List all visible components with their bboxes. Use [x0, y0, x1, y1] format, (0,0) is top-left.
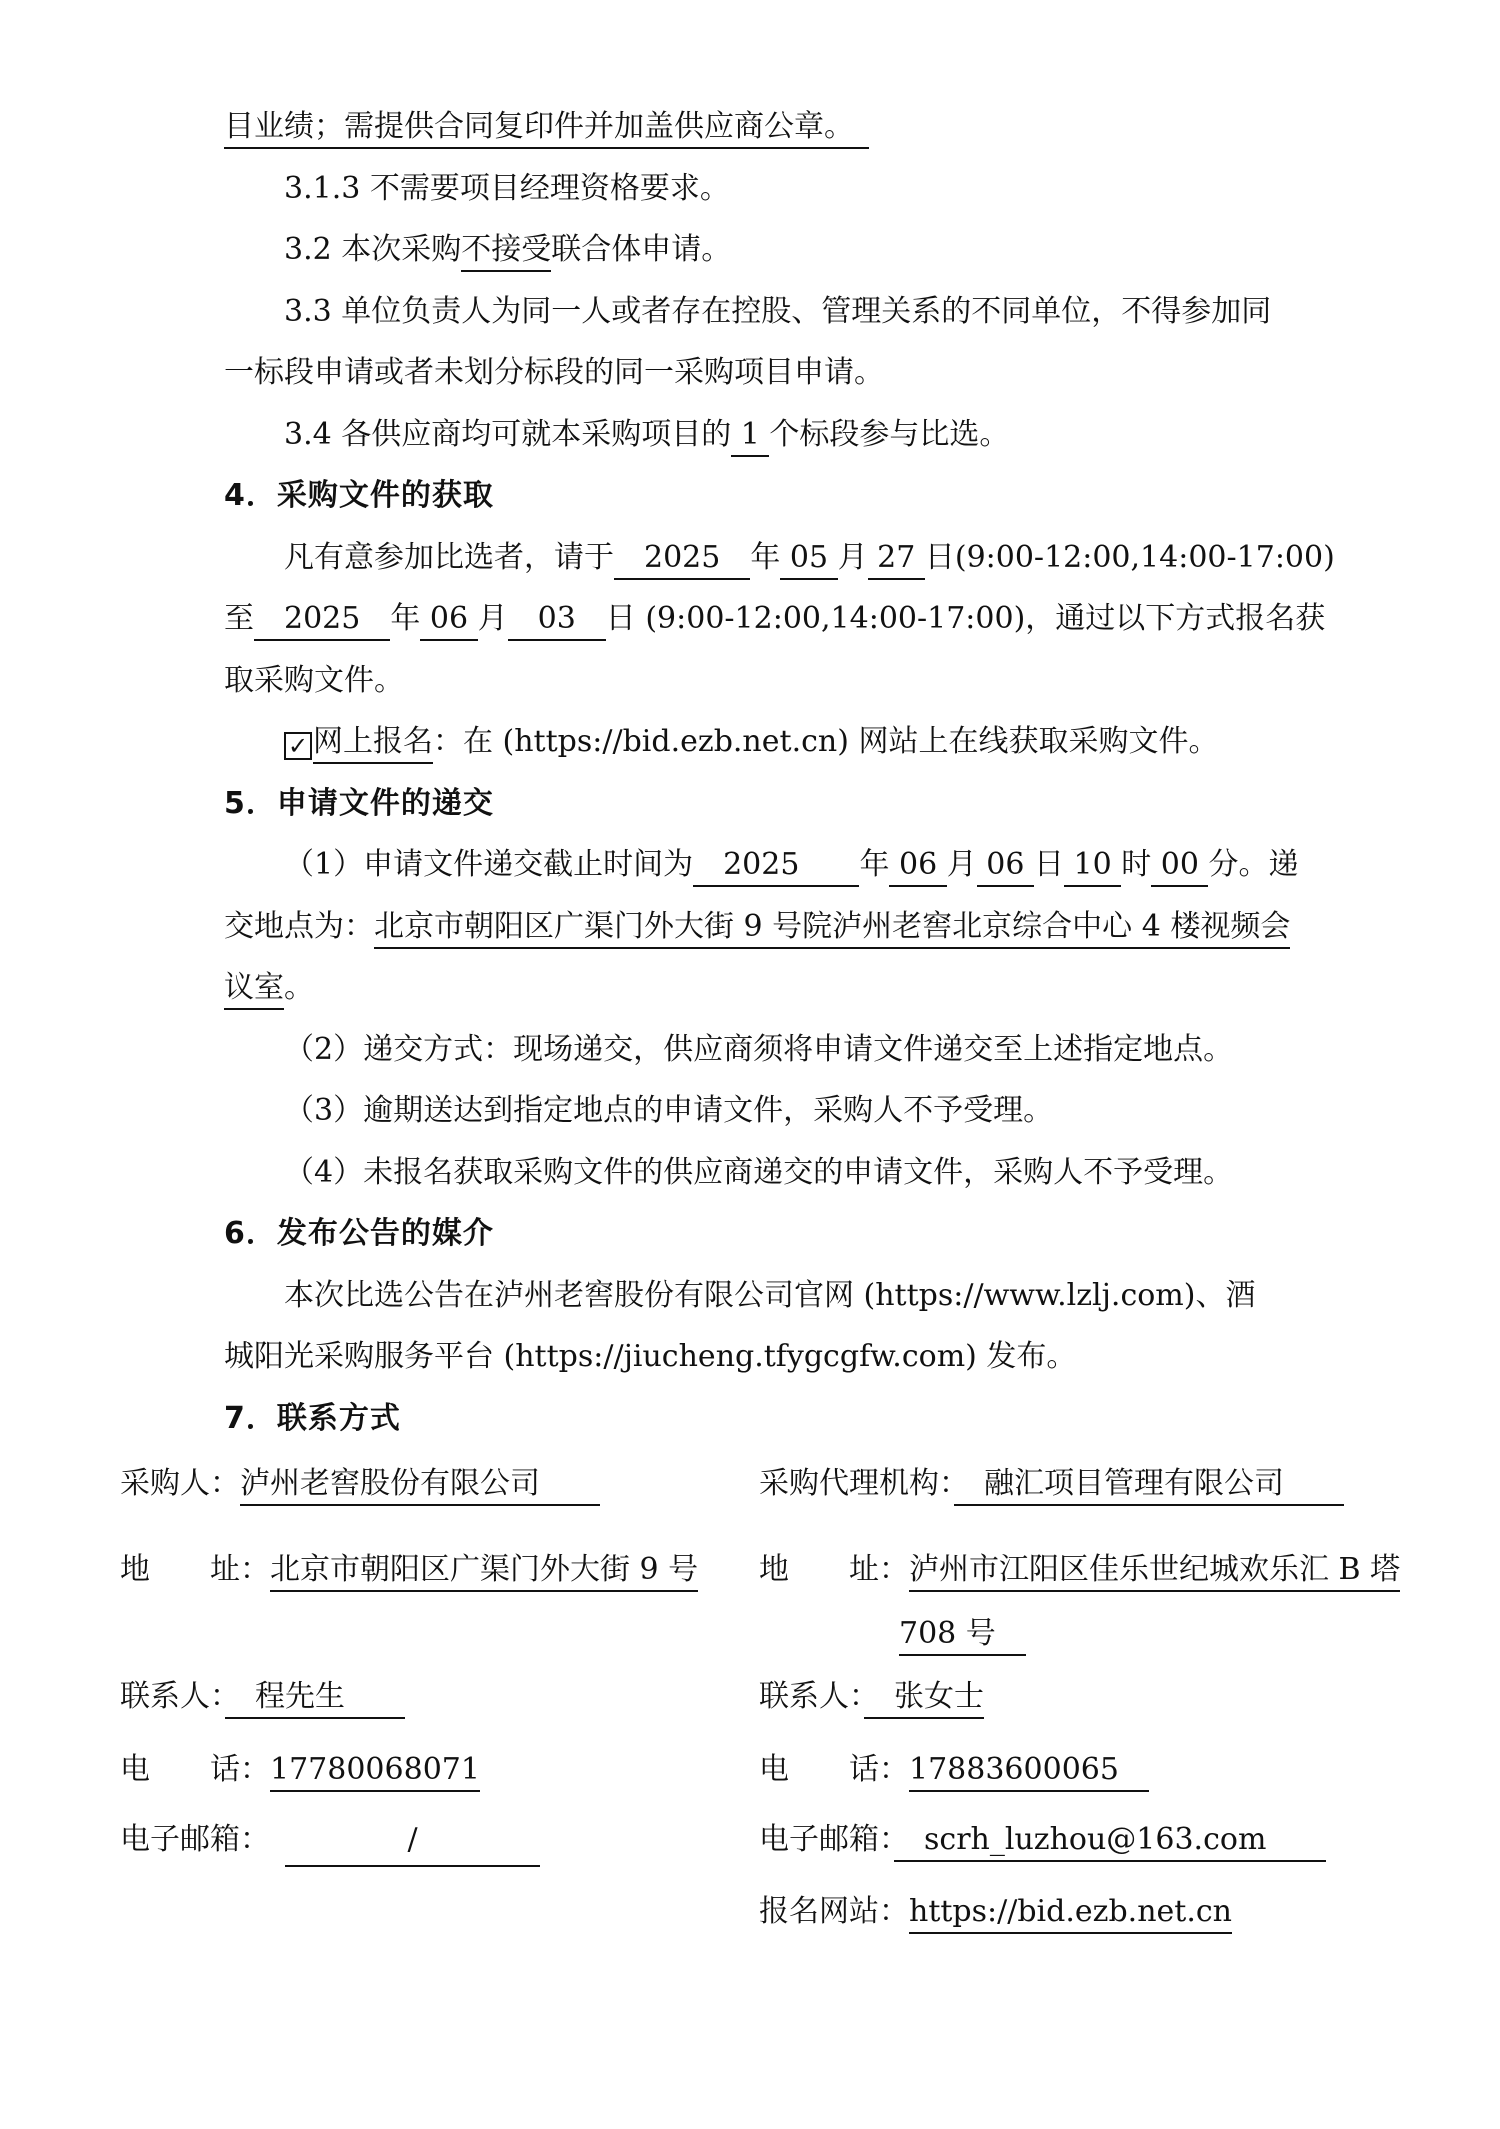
document-line: 交地点为：北京市朝阳区广渠门外大街 9 号院泸州老窖北京综合中心 4 楼视频会: [224, 896, 1354, 958]
contact-cell: 地 址：泸州市江阳区佳乐世纪城欢乐汇 B 塔: [759, 1548, 1400, 1592]
text-segment: 17883600065: [909, 1752, 1149, 1792]
contact-cell: 地 址：北京市朝阳区广渠门外大街 9 号: [120, 1548, 698, 1592]
text-segment: 3.2 本次采购: [284, 232, 461, 267]
document-line: 3.3 单位负责人为同一人或者存在控股、管理关系的不同单位，不得参加同: [224, 281, 1354, 343]
section-heading: 6．发布公告的媒介: [224, 1203, 1354, 1265]
contact-value: 17780068071: [270, 1752, 480, 1792]
text-segment: 5．申请文件的递交: [224, 786, 494, 821]
document-line: 取采购文件。: [224, 650, 1354, 712]
document-line: 3.4 各供应商均可就本采购项目的 1 个标段参与比选。: [224, 404, 1354, 466]
contact-cell: 电 话：17883600065: [759, 1748, 1149, 1792]
text-segment: （3）逾期送达到指定地点的申请文件，采购人不予受理。: [284, 1093, 1053, 1128]
document-line: 议室。: [224, 957, 1354, 1019]
text-segment: 泸州市江阳区佳乐世纪城欢乐汇 B 塔: [909, 1552, 1400, 1592]
text-segment: 不接受: [461, 232, 551, 272]
section-heading: 5．申请文件的递交: [224, 773, 1354, 835]
document-line: （3）逾期送达到指定地点的申请文件，采购人不予受理。: [224, 1080, 1354, 1142]
text-segment: 4．采购文件的获取: [224, 478, 494, 513]
text-segment: 00: [1151, 847, 1208, 887]
contact-label: 采购人：: [120, 1466, 240, 1501]
text-segment: https://bid.ezb.net.cn: [909, 1894, 1232, 1934]
contact-label: 联系人：: [120, 1679, 225, 1714]
text-segment: 06: [889, 847, 946, 887]
text-segment: 3.1.3 不需要项目经理资格要求。: [284, 171, 730, 206]
text-segment: 月: [947, 847, 977, 882]
document-line: 3.2 本次采购不接受联合体申请。: [224, 219, 1354, 281]
text-segment: 时: [1121, 847, 1151, 882]
text-segment: 。: [284, 970, 314, 1005]
text-segment: 个标段参与比选。: [769, 417, 1009, 452]
document-line: （4）未报名获取采购文件的供应商递交的申请文件，采购人不予受理。: [224, 1142, 1354, 1204]
document-line: 一标段申请或者未划分标段的同一采购项目申请。: [224, 342, 1354, 404]
contact-cell: 联系人： 张女士: [759, 1675, 984, 1719]
document-line: （1）申请文件递交截止时间为 2025 年 06 月 06 日 10 时 00 …: [224, 834, 1354, 896]
document-line: 本次比选公告在泸州老窖股份有限公司官网 (https://www.lzlj.co…: [224, 1265, 1354, 1327]
contact-value: 北京市朝阳区广渠门外大街 9 号: [270, 1552, 698, 1592]
document-line: 3.1.3 不需要项目经理资格要求。: [224, 158, 1354, 220]
contact-label: 电子邮箱：: [759, 1822, 894, 1857]
text-segment: 程先生: [225, 1679, 405, 1719]
text-segment: 网上报名: [313, 724, 433, 764]
text-segment: 2025: [254, 601, 390, 641]
text-segment: 本次比选公告在泸州老窖股份有限公司官网 (https://www.lzlj.co…: [284, 1278, 1255, 1313]
text-segment: 交地点为：: [224, 909, 374, 944]
text-segment: 3.4 各供应商均可就本采购项目的: [284, 417, 731, 452]
text-segment: scrh_luzhou@163.com: [894, 1822, 1326, 1862]
contact-value: 泸州市江阳区佳乐世纪城欢乐汇 B 塔: [909, 1552, 1400, 1592]
text-segment: 2025: [614, 540, 750, 580]
procurement-announcement-page: 目业绩；需提供合同复印件并加盖供应商公章。 3.1.3 不需要项目经理资格要求。…: [0, 0, 1500, 2129]
text-segment: （4）未报名获取采购文件的供应商递交的申请文件，采购人不予受理。: [284, 1155, 1233, 1190]
contact-value: 融汇项目管理有限公司: [954, 1466, 1344, 1506]
text-segment: 年: [390, 601, 420, 636]
contact-label: 电 话：: [759, 1752, 909, 1787]
text-segment: 05: [780, 540, 837, 580]
document-line: ✓网上报名：在 (https://bid.ezb.net.cn) 网站上在线获取…: [224, 711, 1354, 773]
contact-cell: 电子邮箱：/: [120, 1818, 540, 1867]
text-segment: 06: [420, 601, 477, 641]
text-segment: 凡有意参加比选者，请于: [284, 540, 614, 575]
contact-label: 采购代理机构：: [759, 1466, 954, 1501]
text-segment: 融汇项目管理有限公司: [954, 1466, 1344, 1506]
text-segment: 一标段申请或者未划分标段的同一采购项目申请。: [224, 355, 884, 390]
text-segment: 月: [838, 540, 868, 575]
section-heading: 7．联系方式: [224, 1388, 1354, 1450]
text-segment: 年: [859, 847, 889, 882]
document-line: 城阳光采购服务平台 (https://jiucheng.tfygcgfw.com…: [224, 1326, 1354, 1388]
contact-cell: 报名网站：https://bid.ezb.net.cn: [759, 1890, 1232, 1934]
contact-value: scrh_luzhou@163.com: [894, 1822, 1326, 1862]
text-segment: 泸州老窖股份有限公司: [240, 1466, 600, 1506]
text-segment: 北京市朝阳区广渠门外大街 9 号院泸州老窖北京综合中心 4 楼视频会: [374, 909, 1290, 949]
text-segment: 1: [731, 417, 769, 457]
contact-value: https://bid.ezb.net.cn: [909, 1894, 1232, 1934]
text-segment: 03: [508, 601, 606, 641]
contact-cell: 电子邮箱： scrh_luzhou@163.com: [759, 1818, 1326, 1862]
empty-email-slash: /: [285, 1818, 540, 1867]
contact-cell: 联系人： 程先生: [120, 1675, 405, 1719]
section-heading: 4．采购文件的获取: [224, 465, 1354, 527]
text-segment: 06: [977, 847, 1034, 887]
text-segment: 取采购文件。: [224, 663, 404, 698]
text-segment: 分。递: [1208, 847, 1298, 882]
document-line: 目业绩；需提供合同复印件并加盖供应商公章。: [224, 96, 1354, 158]
contact-value: 程先生: [225, 1679, 405, 1719]
contact-label: 地 址：: [120, 1552, 270, 1587]
contact-value: 泸州老窖股份有限公司: [240, 1466, 600, 1506]
contact-label: 电 话：: [120, 1752, 270, 1787]
text-segment: 2025: [693, 847, 859, 887]
contact-label: 电子邮箱：: [120, 1822, 270, 1857]
contact-cell: 采购人：泸州老窖股份有限公司: [120, 1462, 600, 1506]
contact-value: 17883600065: [909, 1752, 1149, 1792]
text-segment: 议室: [224, 970, 284, 1010]
checkbox-checked-icon: ✓: [284, 732, 312, 760]
text-segment: 27: [868, 540, 925, 580]
text-segment: 北京市朝阳区广渠门外大街 9 号: [270, 1552, 698, 1592]
text-segment: 目业绩；需提供合同复印件并加盖供应商公章。: [224, 109, 869, 149]
text-segment: 日: [1034, 847, 1064, 882]
text-segment: 月: [478, 601, 508, 636]
text-segment: 6．发布公告的媒介: [224, 1216, 494, 1251]
text-segment: 城阳光采购服务平台 (https://jiucheng.tfygcgfw.com…: [224, 1339, 1076, 1374]
text-segment: 17780068071: [270, 1752, 480, 1792]
text-segment: 至: [224, 601, 254, 636]
document-line: 凡有意参加比选者，请于 2025 年 05 月 27 日(9:00-12:00,…: [224, 527, 1354, 589]
text-segment: 3.3 单位负责人为同一人或者存在控股、管理关系的不同单位，不得参加同: [284, 294, 1271, 329]
text-segment: 年: [750, 540, 780, 575]
contact-value: /: [270, 1822, 540, 1857]
text-segment: 日 (9:00-12:00,14:00-17:00)，通过以下方式报名获: [606, 601, 1326, 636]
text-segment: 10: [1064, 847, 1121, 887]
text-segment: ：在 (https://bid.ezb.net.cn) 网站上在线获取采购文件。: [433, 724, 1218, 759]
text-segment: 张女士: [864, 1679, 984, 1719]
contact-cell: 电 话：17780068071: [120, 1748, 480, 1792]
contact-label: 地 址：: [759, 1552, 909, 1587]
text-segment: （2）递交方式：现场递交，供应商须将申请文件递交至上述指定地点。: [284, 1032, 1233, 1067]
document-body: 目业绩；需提供合同复印件并加盖供应商公章。 3.1.3 不需要项目经理资格要求。…: [224, 96, 1354, 1449]
contact-label: 报名网站：: [759, 1894, 909, 1929]
text-segment: 7．联系方式: [224, 1401, 401, 1436]
text-segment: 联合体申请。: [551, 232, 731, 267]
document-line: （2）递交方式：现场递交，供应商须将申请文件递交至上述指定地点。: [224, 1019, 1354, 1081]
text-segment: 708 号: [899, 1616, 1026, 1656]
text-segment: （1）申请文件递交截止时间为: [284, 847, 693, 882]
contact-cell: 采购代理机构： 融汇项目管理有限公司: [759, 1462, 1344, 1506]
contact-label: 联系人：: [759, 1679, 864, 1714]
document-line: 至 2025 年 06 月 03 日 (9:00-12:00,14:00-17:…: [224, 588, 1354, 650]
contact-value: 张女士: [864, 1679, 984, 1719]
contact-value: 708 号: [759, 1616, 1026, 1651]
contact-cell: 708 号: [759, 1612, 1026, 1656]
text-segment: 日(9:00-12:00,14:00-17:00): [925, 540, 1335, 575]
